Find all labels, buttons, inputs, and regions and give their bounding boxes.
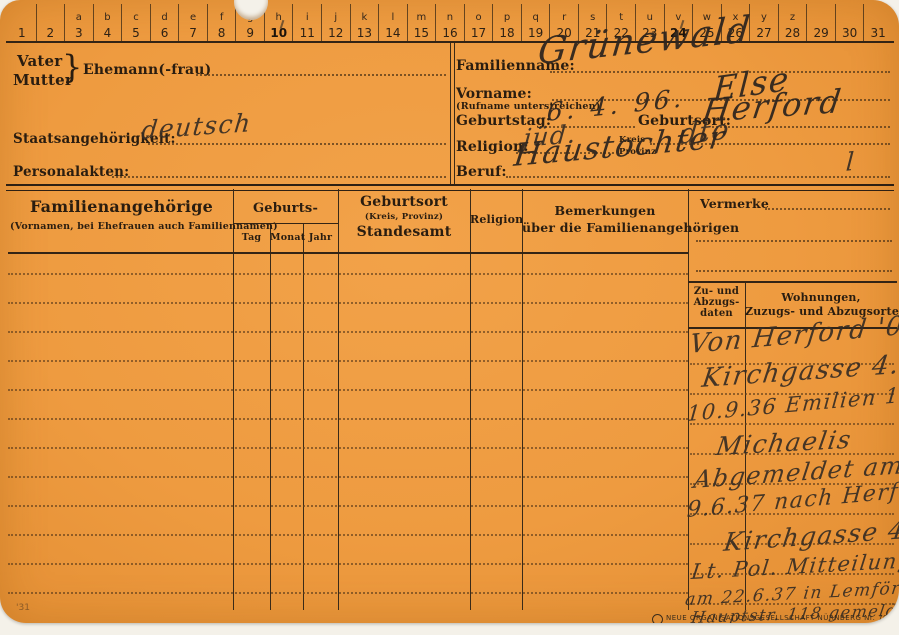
publisher-logo-icon (652, 614, 663, 623)
registration-card: 1 2 a 3 b 4 c 5 d 6 e 7 f 8 (0, 0, 899, 623)
corner-mark: '31 (16, 603, 30, 613)
printer-imprint: NEUE ORGANISATIONSGESELLSCHAFT NÜRNBERG … (666, 614, 899, 622)
scanned-registration-card-page: 1 2 a 3 b 4 c 5 d 6 e 7 f 8 (0, 0, 899, 635)
family-table-rows (8, 0, 688, 623)
